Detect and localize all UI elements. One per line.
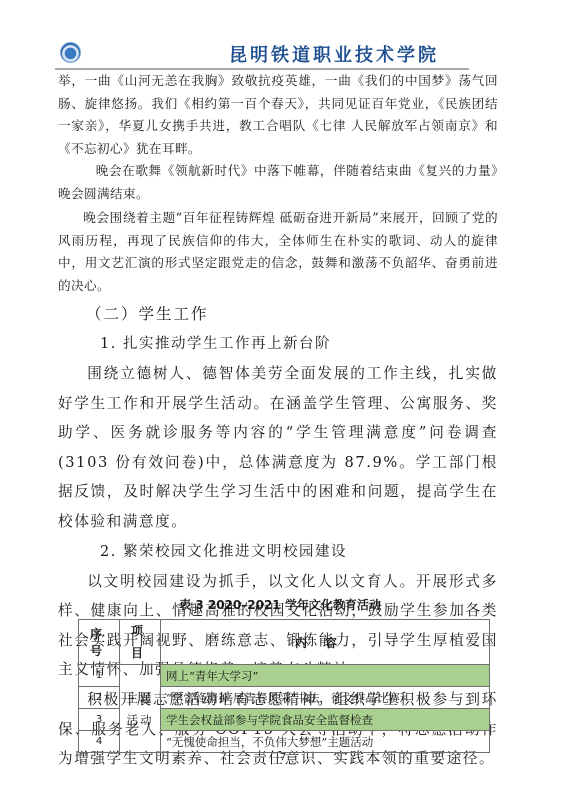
header-no: 序号 — [79, 620, 120, 665]
paragraph-gala-ending: 晚会在歌舞《领航新时代》中落下帷幕，伴随着结束曲《复兴的力量》晚会圆满结束。 — [58, 160, 498, 205]
row-content: 网上“青年大学习” — [161, 665, 490, 687]
header-item: 项目 — [120, 620, 161, 665]
activities-table: 序号 项目 内容 1 主题活动 网上“青年大学习” 2 “学雷锋精神 展青春风采… — [78, 619, 490, 753]
row-content: “无愧使命担当，不负伟大梦想”主题活动 — [161, 731, 490, 753]
row-content: 学生会权益部参与学院食品安全监督检查 — [161, 709, 490, 731]
table-row: 1 主题活动 网上“青年大学习” — [79, 665, 490, 687]
school-name: 昆明铁道职业技术学院 — [229, 41, 439, 67]
subheading-campus-culture: 2. 繁荣校园文化推进文明校园建设 — [70, 537, 498, 567]
row-no: 4 — [79, 731, 120, 753]
page-header: 昆明铁道职业技术学院 — [55, 38, 469, 70]
section-heading-student-work: （二）学生工作 — [70, 299, 498, 329]
subheading-student-work: 1. 扎实推动学生工作再上新台阶 — [70, 329, 498, 359]
paragraph-gala-theme: 晚会围绕着主题“百年征程铸辉煌 砥砺奋进开新局”来展开，回顾了党的风雨历程，再现… — [58, 207, 498, 297]
table-caption: 表 3 2020–2021 学年文化教育活动 — [60, 596, 500, 614]
table-header-row: 序号 项目 内容 — [79, 620, 490, 665]
item-theme-activities: 主题活动 — [120, 665, 161, 753]
row-no: 3 — [79, 709, 120, 731]
page-number: 7 — [0, 752, 566, 763]
paragraph-performance-songs: 举，一曲《山河无恙在我胸》致敬抗疫英雄，一曲《我们的中国梦》荡气回肠、旋律悠扬。… — [58, 70, 498, 160]
row-no: 1 — [79, 665, 120, 687]
paragraph-student-satisfaction: 围绕立德树人、德智体美劳全面发展的工作主线，扎实做好学生工作和开展学生活动。在涵… — [58, 359, 498, 537]
row-content: “学雷锋精神 展青春风采”书法，征文作品比赛 — [161, 687, 490, 709]
row-no: 2 — [79, 687, 120, 709]
header-content: 内容 — [161, 620, 490, 665]
school-emblem-icon — [60, 42, 81, 63]
